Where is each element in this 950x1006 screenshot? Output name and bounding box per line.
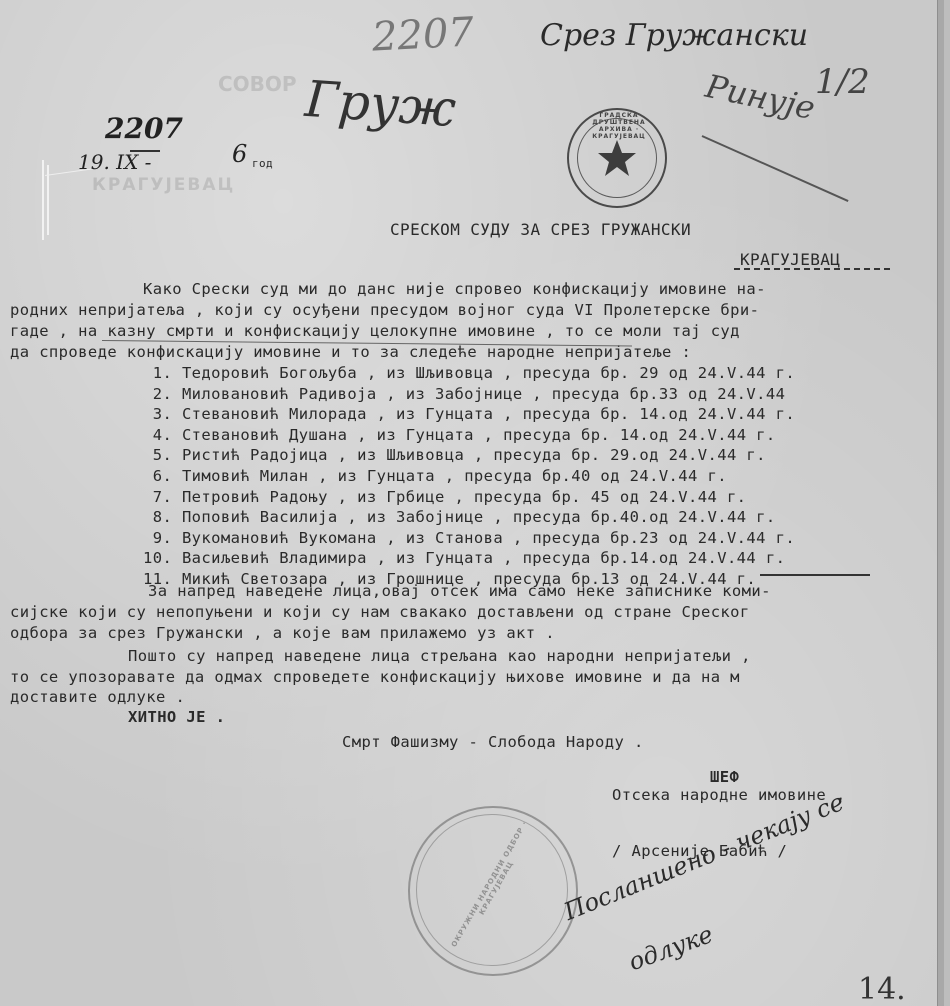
- stamp-text: ГРАДСКА ДРУШТВЕНА АРХИВА · КРАГУЈЕВАЦ: [579, 112, 659, 140]
- faint-letterhead-text: СОВОР: [218, 72, 297, 96]
- handwritten-received-note: Ринује: [702, 67, 818, 127]
- handwritten-district-note: Срез Гружански: [540, 18, 808, 53]
- signature-title: ШЕФ: [710, 768, 739, 786]
- paragraph2-line: сијске који су непопуњени и који су нам …: [10, 603, 750, 621]
- enemy-verdict: пресуда бр. 29 од 24.V.44 г.: [523, 364, 796, 382]
- slogan: Смрт Фашизму - Слобода Народу .: [342, 733, 644, 751]
- enemy-verdict: пресуда бр. 45 од 24.V.44 г.: [474, 488, 747, 506]
- enemy-verdict: пресуда бр.40.од 24.V.44 г.: [513, 508, 776, 526]
- paragraph3-line: доставите одлуке .: [10, 688, 185, 706]
- enemy-number: 2.: [153, 385, 172, 403]
- enemy-list-item: 5. Ристић Радојица , из Шљивовца , пресу…: [143, 446, 766, 464]
- enemy-verdict: пресуда бр. 14.од 24.V.44 г.: [523, 405, 796, 423]
- handwritten-year: 6: [232, 140, 247, 168]
- handwritten-top-number: 2207: [371, 9, 475, 60]
- pen-underline-date: [760, 574, 870, 576]
- enemy-verdict: пресуда бр.23 од 24.V.44 г.: [532, 529, 795, 547]
- enemy-number: 3.: [153, 405, 172, 423]
- handwritten-fraction: 1/2: [815, 62, 870, 102]
- enemy-village: из Забојнице: [367, 508, 484, 526]
- paragraph2-line: одбора за срез Гружански , а које вам пр…: [10, 624, 555, 642]
- enemy-list-item: 2. Миловановић Радивоја , из Забојнице ,…: [143, 385, 785, 403]
- enemy-list-item: 3. Стевановић Милорада , из Гунцата , пр…: [143, 405, 795, 423]
- enemy-list-item: 1. Тедоровић Богољуба , из Шљивовца , пр…: [143, 364, 795, 382]
- enemy-village: из Гунцата: [396, 405, 493, 423]
- page-number: 14.: [858, 972, 906, 1006]
- enemy-verdict: пресуда бр.40 од 24.V.44 г.: [464, 467, 727, 485]
- paragraph2-line: За напред наведене лица,овај отсек има с…: [148, 582, 771, 600]
- paragraph3-line: то се упозоравате да одмах спроведете ко…: [10, 668, 740, 686]
- enemy-village: из Гунцата: [396, 549, 493, 567]
- urgent-note: ХИТНО ЈЕ .: [128, 708, 225, 726]
- enemy-number: 6.: [153, 467, 172, 485]
- enemy-verdict: пресуда бр. 14.од 24.V.44 г.: [503, 426, 776, 444]
- enemy-number: 9.: [153, 529, 172, 547]
- enemy-name: Васиљевић Владимира: [182, 549, 367, 567]
- faint-letterhead-city: КРАГУЈЕВАЦ: [92, 175, 235, 195]
- addressee: СРЕСКОМ СУДУ ЗА СРЕЗ ГРУЖАНСКИ: [390, 220, 691, 239]
- handwritten-initials: Груж: [303, 70, 458, 138]
- enemy-list-item: 6. Тимовић Милан , из Гунцата , пресуда …: [143, 467, 727, 485]
- enemy-list-item: 9. Вукомановић Вукомана , из Станова , п…: [143, 529, 795, 547]
- paragraph3-line: Пошто су напред наведене лица стрељана к…: [128, 647, 751, 665]
- enemy-name: Тимовић Милан: [182, 467, 309, 485]
- enemy-village: из Гунцата: [377, 426, 474, 444]
- enemy-verdict: пресуда бр.33 од 24.V.44: [552, 385, 786, 403]
- year-label: год: [252, 157, 273, 170]
- enemy-number: 7.: [153, 488, 172, 506]
- intro-line: родних непријатеља , који су осуђени пре…: [10, 301, 759, 319]
- enemy-village: из Станова: [406, 529, 503, 547]
- handwritten-bottom-note: Посланшено - чекају се: [560, 788, 848, 926]
- enemy-list-item: 4. Стевановић Душана , из Гунцата , прес…: [143, 426, 776, 444]
- city-heading: КРАГУЈЕВАЦ: [740, 250, 840, 269]
- enemy-number: 4.: [153, 426, 172, 444]
- pen-stroke: [702, 135, 849, 202]
- enemy-name: Вукомановић Вукомана: [182, 529, 377, 547]
- enemy-village: из Шљивовца: [386, 364, 493, 382]
- enemy-name: Поповић Василија: [182, 508, 338, 526]
- enemy-number: 10.: [143, 549, 172, 567]
- binding-string: [42, 160, 44, 240]
- intro-line: гаде , на казну смрти и конфискацију цел…: [10, 322, 740, 340]
- handwritten-registration-date: 19. IX -: [78, 150, 151, 174]
- enemy-list-item: 8. Поповић Василија , из Забојнице , пре…: [143, 508, 776, 526]
- intro-line: Како Срески суд ми до данс није спровео …: [143, 280, 766, 298]
- enemy-list-item: 7. Петровић Радоњу , из Грбице , пресуда…: [143, 488, 746, 506]
- enemy-name: Стевановић Милорада: [182, 405, 367, 423]
- handwritten-registration-number: 2207: [105, 112, 183, 145]
- enemy-village: из Гунцата: [338, 467, 435, 485]
- enemy-village: из Грбице: [357, 488, 445, 506]
- enemy-name: Петровић Радоњу: [182, 488, 328, 506]
- archive-stamp: ГРАДСКА ДРУШТВЕНА АРХИВА · КРАГУЈЕВАЦ: [567, 108, 667, 208]
- enemy-number: 8.: [153, 508, 172, 526]
- enemy-name: Тедоровић Богољуба: [182, 364, 357, 382]
- enemy-list-item: 10. Васиљевић Владимира , из Гунцата , п…: [143, 549, 785, 567]
- enemy-verdict: пресуда бр.14.од 24.V.44 г.: [523, 549, 786, 567]
- enemy-name: Стевановић Душана: [182, 426, 347, 444]
- enemy-village: из Забојнице: [406, 385, 523, 403]
- enemy-name: Ристић Радојица: [182, 446, 328, 464]
- enemy-name: Миловановић Радивоја: [182, 385, 377, 403]
- handwritten-bottom-note: одлуке: [625, 920, 717, 976]
- office-stamp: ОКРУЖНИ НАРОДНИ ОДБОР · КРАГУЈЕВАЦ: [408, 806, 578, 976]
- enemy-number: 1.: [153, 364, 172, 382]
- document-page: СОВОР КРАГУЈЕВАЦ 2207 2207 19. IX - 6 го…: [0, 0, 944, 1006]
- enemy-village: из Шљивовца: [357, 446, 464, 464]
- enemy-verdict: пресуда бр. 29.од 24.V.44 г.: [493, 446, 766, 464]
- enemy-number: 5.: [153, 446, 172, 464]
- city-underline: [734, 268, 890, 270]
- paper-edge: [937, 0, 944, 1006]
